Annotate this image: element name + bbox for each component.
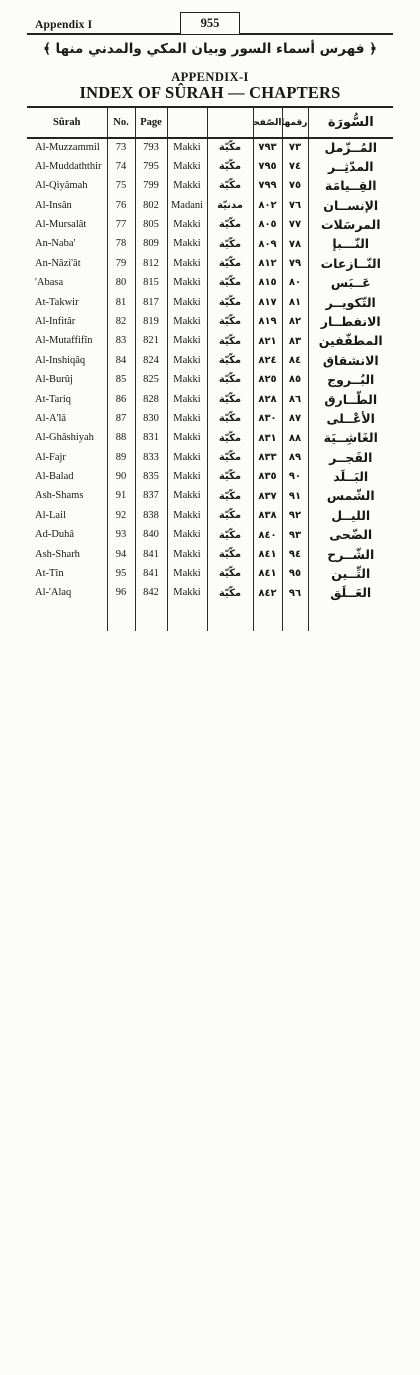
- surah-no-cell: 87: [107, 409, 135, 428]
- surah-name-ar-cell: النّـــبإ: [308, 235, 393, 254]
- surah-name-en-cell: Al-Infitâr: [27, 313, 107, 332]
- surah-name-en-cell: Al-Burûj: [27, 371, 107, 390]
- surah-no-ar-cell: ٩١: [282, 487, 308, 506]
- revelation-type-ar-cell: مكّيّة: [207, 138, 253, 157]
- surah-no-cell: 96: [107, 584, 135, 603]
- surah-name-ar-cell: الشّــرح: [308, 545, 393, 564]
- table-row: Al-Fajr 89 833 Makki مكّيّة ٨٣٣ ٨٩ الفَج…: [27, 448, 393, 467]
- table-row: An-Naba' 78 809 Makki مكّيّة ٨٠٩ ٧٨ النّ…: [27, 235, 393, 254]
- page-no-ar-cell: ٨٣٧: [253, 487, 282, 506]
- surah-no-ar-cell: ٧٨: [282, 235, 308, 254]
- surah-index-table: Sûrah No. Page الصّفحة رقمها السُّورَة A…: [27, 106, 393, 631]
- surah-no-ar-cell: ٩٤: [282, 545, 308, 564]
- table-row: Al-Inshiqâq 84 824 Makki مكّيّة ٨٢٤ ٨٤ ا…: [27, 351, 393, 370]
- surah-name-en-cell: Ash-Sharh: [27, 545, 107, 564]
- revelation-type-ar-cell: مكّيّة: [207, 274, 253, 293]
- surah-no-cell: 89: [107, 448, 135, 467]
- page-no-cell: 824: [135, 351, 167, 370]
- surah-name-ar-cell: العَــلَق: [308, 584, 393, 603]
- revelation-type-en-cell: Makki: [167, 293, 207, 312]
- surah-no-cell: 94: [107, 545, 135, 564]
- page-no-ar-cell: ٨١٥: [253, 274, 282, 293]
- page-no-cell: 825: [135, 371, 167, 390]
- table-row: Al-Balad 90 835 Makki مكّيّة ٨٣٥ ٩٠ البَ…: [27, 468, 393, 487]
- table-row: Al-Lail 92 838 Makki مكّيّة ٨٣٨ ٩٢ الليـ…: [27, 506, 393, 525]
- surah-no-cell: 91: [107, 487, 135, 506]
- table-row: 'Abasa 80 815 Makki مكّيّة ٨١٥ ٨٠ عَــبَ…: [27, 274, 393, 293]
- table-row: Al-Mutaffifîn 83 821 Makki مكّيّة ٨٢١ ٨٣…: [27, 332, 393, 351]
- surah-no-cell: 86: [107, 390, 135, 409]
- surah-name-en-cell: At-Tîn: [27, 565, 107, 584]
- surah-name-ar-cell: الطّــارق: [308, 390, 393, 409]
- surah-name-ar-cell: المرسَلات: [308, 216, 393, 235]
- page-no-cell: 830: [135, 409, 167, 428]
- surah-no-cell: 95: [107, 565, 135, 584]
- revelation-type-ar-cell: مكّيّة: [207, 565, 253, 584]
- surah-no-cell: 90: [107, 468, 135, 487]
- table-row: An-Nâzi'ât 79 812 Makki مكّيّة ٨١٢ ٧٩ ال…: [27, 254, 393, 273]
- page-no-ar-cell: ٨٣٨: [253, 506, 282, 525]
- surah-no-ar-cell: ٨٨: [282, 429, 308, 448]
- page-no-ar-cell: ٨٠٢: [253, 196, 282, 215]
- page-no-ar-cell: ٨١٩: [253, 313, 282, 332]
- surah-name-ar-cell: النّــازعات: [308, 254, 393, 273]
- surah-no-ar-cell: ٨٥: [282, 371, 308, 390]
- surah-name-ar-cell: الليــل: [308, 506, 393, 525]
- page-number: 955: [201, 16, 220, 31]
- surah-name-en-cell: Al-A'lâ: [27, 409, 107, 428]
- table-row: Ash-Shams 91 837 Makki مكّيّة ٨٣٧ ٩١ الش…: [27, 487, 393, 506]
- surah-no-ar-cell: ٨٦: [282, 390, 308, 409]
- revelation-type-ar-cell: مكّيّة: [207, 468, 253, 487]
- surah-no-ar-cell: ٩٣: [282, 526, 308, 545]
- revelation-type-ar-cell: مكّيّة: [207, 313, 253, 332]
- page-no-cell: 840: [135, 526, 167, 545]
- revelation-type-en-cell: Makki: [167, 254, 207, 273]
- revelation-type-ar-cell: مكّيّة: [207, 254, 253, 273]
- column-header-no: No.: [107, 107, 135, 138]
- running-head-rule: Appendix I 955: [27, 0, 393, 35]
- surah-no-ar-cell: ٨٢: [282, 313, 308, 332]
- revelation-type-en-cell: Makki: [167, 448, 207, 467]
- revelation-type-ar-cell: مكّيّة: [207, 390, 253, 409]
- revelation-type-en-cell: Makki: [167, 468, 207, 487]
- surah-no-ar-cell: ٨٤: [282, 351, 308, 370]
- revelation-type-en-cell: Makki: [167, 216, 207, 235]
- column-header-no-ar: رقمها: [282, 107, 308, 138]
- surah-name-en-cell: Ash-Shams: [27, 487, 107, 506]
- page-no-cell: 799: [135, 177, 167, 196]
- page-no-cell: 838: [135, 506, 167, 525]
- revelation-type-en-cell: Makki: [167, 274, 207, 293]
- table-header: Sûrah No. Page الصّفحة رقمها السُّورَة: [27, 107, 393, 138]
- column-header-surah: Sûrah: [27, 107, 107, 138]
- surah-no-ar-cell: ٧٤: [282, 157, 308, 176]
- revelation-type-ar-cell: مكّيّة: [207, 506, 253, 525]
- surah-name-ar-cell: عَــبَس: [308, 274, 393, 293]
- surah-name-en-cell: An-Nâzi'ât: [27, 254, 107, 273]
- page-no-ar-cell: ٨٣٣: [253, 448, 282, 467]
- page-no-cell: 842: [135, 584, 167, 603]
- running-header: Appendix I: [35, 19, 92, 31]
- revelation-type-ar-cell: مكّيّة: [207, 177, 253, 196]
- page-no-ar-cell: ٨٢٤: [253, 351, 282, 370]
- surah-no-cell: 80: [107, 274, 135, 293]
- revelation-type-en-cell: Makki: [167, 177, 207, 196]
- revelation-type-en-cell: Makki: [167, 138, 207, 157]
- revelation-type-en-cell: Makki: [167, 371, 207, 390]
- table-row: At-Tîn 95 841 Makki مكّيّة ٨٤١ ٩٥ التِّـ…: [27, 565, 393, 584]
- revelation-type-ar-cell: مكّيّة: [207, 429, 253, 448]
- surah-no-ar-cell: ٨٠: [282, 274, 308, 293]
- page-no-cell: 815: [135, 274, 167, 293]
- revelation-type-ar-cell: مكّيّة: [207, 526, 253, 545]
- revelation-type-ar-cell: مكّيّة: [207, 157, 253, 176]
- surah-name-en-cell: Al-Fajr: [27, 448, 107, 467]
- revelation-type-ar-cell: مكّيّة: [207, 487, 253, 506]
- surah-no-ar-cell: ٧٣: [282, 138, 308, 157]
- surah-name-en-cell: Al-Muzzammil: [27, 138, 107, 157]
- surah-table-body: Al-Muzzammil 73 793 Makki مكّيّة ٧٩٣ ٧٣ …: [27, 138, 393, 603]
- surah-no-cell: 77: [107, 216, 135, 235]
- surah-no-cell: 75: [107, 177, 135, 196]
- surah-name-en-cell: At-Tariq: [27, 390, 107, 409]
- table-row: At-Tariq 86 828 Makki مكّيّة ٨٢٨ ٨٦ الطّ…: [27, 390, 393, 409]
- table-row: Ash-Sharh 94 841 Makki مكّيّة ٨٤١ ٩٤ الش…: [27, 545, 393, 564]
- revelation-type-ar-cell: مكّيّة: [207, 216, 253, 235]
- column-header-type-en: [167, 107, 207, 138]
- table-row: Al-Qiyâmah 75 799 Makki مكّيّة ٧٩٩ ٧٥ ال…: [27, 177, 393, 196]
- surah-no-cell: 93: [107, 526, 135, 545]
- surah-name-ar-cell: التّكويــر: [308, 293, 393, 312]
- page-no-cell: 819: [135, 313, 167, 332]
- table-row: Al-Ghâshiyah 88 831 Makki مكّيّة ٨٣١ ٨٨ …: [27, 429, 393, 448]
- table-row: Al-A'lâ 87 830 Makki مكّيّة ٨٣٠ ٨٧ الأعْ…: [27, 409, 393, 428]
- revelation-type-en-cell: Makki: [167, 526, 207, 545]
- calligraphy-line: ﴿ فهرس أسماء السور وبيان المكي والمدني م…: [0, 41, 420, 57]
- surah-name-ar-cell: الفَجــر: [308, 448, 393, 467]
- revelation-type-en-cell: Makki: [167, 409, 207, 428]
- surah-name-en-cell: Al-'Alaq: [27, 584, 107, 603]
- page-no-ar-cell: ٨٤٠: [253, 526, 282, 545]
- page-no-ar-cell: ٨٢١: [253, 332, 282, 351]
- page-no-ar-cell: ٨٢٨: [253, 390, 282, 409]
- surah-no-cell: 92: [107, 506, 135, 525]
- scanned-book-page: Appendix I 955 ﴿ فهرس أسماء السور وبيان …: [0, 0, 420, 1375]
- revelation-type-en-cell: Makki: [167, 584, 207, 603]
- revelation-type-ar-cell: مكّيّة: [207, 351, 253, 370]
- revelation-type-ar-cell: مكّيّة: [207, 371, 253, 390]
- revelation-type-ar-cell: مكّيّة: [207, 584, 253, 603]
- revelation-type-ar-cell: مكّيّة: [207, 293, 253, 312]
- surah-no-ar-cell: ٩٠: [282, 468, 308, 487]
- page-no-ar-cell: ٨٤١: [253, 565, 282, 584]
- surah-no-cell: 79: [107, 254, 135, 273]
- page-no-ar-cell: ٧٩٩: [253, 177, 282, 196]
- revelation-type-en-cell: Makki: [167, 506, 207, 525]
- table-rule-extension: [27, 603, 393, 631]
- surah-name-ar-cell: الانفطــار: [308, 313, 393, 332]
- table-row: Al-Burûj 85 825 Makki مكّيّة ٨٢٥ ٨٥ البُ…: [27, 371, 393, 390]
- surah-no-cell: 74: [107, 157, 135, 176]
- surah-no-ar-cell: ٨٩: [282, 448, 308, 467]
- surah-name-en-cell: Ad-Duhâ: [27, 526, 107, 545]
- surah-name-en-cell: Al-Muddaththir: [27, 157, 107, 176]
- page-no-cell: 802: [135, 196, 167, 215]
- table-row: Ad-Duhâ 93 840 Makki مكّيّة ٨٤٠ ٩٣ الضّح…: [27, 526, 393, 545]
- surah-name-ar-cell: الشّمس: [308, 487, 393, 506]
- surah-name-en-cell: Al-Mutaffifîn: [27, 332, 107, 351]
- page-no-ar-cell: ٨١٢: [253, 254, 282, 273]
- surah-no-ar-cell: ٧٩: [282, 254, 308, 273]
- surah-name-ar-cell: المُــزّمل: [308, 138, 393, 157]
- surah-no-ar-cell: ٧٥: [282, 177, 308, 196]
- surah-no-cell: 81: [107, 293, 135, 312]
- page-no-cell: 809: [135, 235, 167, 254]
- surah-name-en-cell: Al-Qiyâmah: [27, 177, 107, 196]
- surah-no-cell: 85: [107, 371, 135, 390]
- column-header-type-ar: [207, 107, 253, 138]
- surah-no-ar-cell: ٩٥: [282, 565, 308, 584]
- page-no-cell: 841: [135, 545, 167, 564]
- revelation-type-en-cell: Makki: [167, 235, 207, 254]
- page-number-box: 955: [180, 12, 240, 35]
- surah-no-ar-cell: ٧٦: [282, 196, 308, 215]
- surah-no-ar-cell: ٨١: [282, 293, 308, 312]
- page-no-ar-cell: ٧٩٥: [253, 157, 282, 176]
- surah-no-cell: 73: [107, 138, 135, 157]
- surah-name-ar-cell: القِــيامَة: [308, 177, 393, 196]
- surah-no-cell: 78: [107, 235, 135, 254]
- surah-no-cell: 76: [107, 196, 135, 215]
- page-no-ar-cell: ٨٣٥: [253, 468, 282, 487]
- table-row: Al-Mursalât 77 805 Makki مكّيّة ٨٠٥ ٧٧ ا…: [27, 216, 393, 235]
- page-no-cell: 795: [135, 157, 167, 176]
- revelation-type-ar-cell: مدنيّة: [207, 196, 253, 215]
- table-row: Al-Infitâr 82 819 Makki مكّيّة ٨١٩ ٨٢ ال…: [27, 313, 393, 332]
- table-row: Al-Insân 76 802 Madani مدنيّة ٨٠٢ ٧٦ الإ…: [27, 196, 393, 215]
- column-header-page: Page: [135, 107, 167, 138]
- revelation-type-en-cell: Makki: [167, 332, 207, 351]
- revelation-type-en-cell: Makki: [167, 487, 207, 506]
- page-no-cell: 841: [135, 565, 167, 584]
- page-no-cell: 817: [135, 293, 167, 312]
- revelation-type-ar-cell: مكّيّة: [207, 332, 253, 351]
- revelation-type-en-cell: Makki: [167, 313, 207, 332]
- table-row: Al-Muzzammil 73 793 Makki مكّيّة ٧٩٣ ٧٣ …: [27, 138, 393, 157]
- surah-name-ar-cell: التِّــين: [308, 565, 393, 584]
- page-no-ar-cell: ٨٤٢: [253, 584, 282, 603]
- page-no-cell: 805: [135, 216, 167, 235]
- table-row: At-Takwir 81 817 Makki مكّيّة ٨١٧ ٨١ الت…: [27, 293, 393, 312]
- surah-name-en-cell: 'Abasa: [27, 274, 107, 293]
- surah-name-en-cell: Al-Lail: [27, 506, 107, 525]
- column-header-page-ar: الصّفحة: [253, 107, 282, 138]
- revelation-type-en-cell: Makki: [167, 565, 207, 584]
- surah-no-cell: 84: [107, 351, 135, 370]
- surah-name-en-cell: An-Naba': [27, 235, 107, 254]
- page-no-cell: 833: [135, 448, 167, 467]
- revelation-type-ar-cell: مكّيّة: [207, 409, 253, 428]
- surah-name-en-cell: At-Takwir: [27, 293, 107, 312]
- surah-no-cell: 88: [107, 429, 135, 448]
- surah-name-ar-cell: الضّحى: [308, 526, 393, 545]
- table-row: Al-Muddaththir 74 795 Makki مكّيّة ٧٩٥ ٧…: [27, 157, 393, 176]
- revelation-type-en-cell: Makki: [167, 545, 207, 564]
- surah-name-en-cell: Al-Ghâshiyah: [27, 429, 107, 448]
- page-no-ar-cell: ٨٠٩: [253, 235, 282, 254]
- surah-no-cell: 82: [107, 313, 135, 332]
- surah-no-ar-cell: ٩٢: [282, 506, 308, 525]
- surah-no-ar-cell: ٨٧: [282, 409, 308, 428]
- surah-no-ar-cell: ٩٦: [282, 584, 308, 603]
- surah-name-en-cell: Al-Mursalât: [27, 216, 107, 235]
- revelation-type-ar-cell: مكّيّة: [207, 235, 253, 254]
- surah-name-en-cell: Al-Insân: [27, 196, 107, 215]
- revelation-type-en-cell: Makki: [167, 390, 207, 409]
- surah-name-ar-cell: المدّثِــر: [308, 157, 393, 176]
- surah-name-en-cell: Al-Inshiqâq: [27, 351, 107, 370]
- revelation-type-en-cell: Makki: [167, 429, 207, 448]
- surah-name-en-cell: Al-Balad: [27, 468, 107, 487]
- revelation-type-ar-cell: مكّيّة: [207, 545, 253, 564]
- page-title: INDEX OF SÛRAH — CHAPTERS: [0, 83, 420, 103]
- surah-no-cell: 83: [107, 332, 135, 351]
- page-no-ar-cell: ٨٤١: [253, 545, 282, 564]
- page-no-cell: 821: [135, 332, 167, 351]
- surah-name-ar-cell: الأعْــلى: [308, 409, 393, 428]
- page-no-ar-cell: ٨٢٥: [253, 371, 282, 390]
- surah-name-ar-cell: المطفّفين: [308, 332, 393, 351]
- page-no-cell: 837: [135, 487, 167, 506]
- page-no-cell: 831: [135, 429, 167, 448]
- page-no-ar-cell: ٧٩٣: [253, 138, 282, 157]
- column-header-surah-ar: السُّورَة: [308, 107, 393, 138]
- surah-name-ar-cell: البُــروج: [308, 371, 393, 390]
- surah-name-ar-cell: الإنســان: [308, 196, 393, 215]
- table-row: Al-'Alaq 96 842 Makki مكّيّة ٨٤٢ ٩٦ العَ…: [27, 584, 393, 603]
- page-no-ar-cell: ٨٠٥: [253, 216, 282, 235]
- surah-name-ar-cell: الانشقاق: [308, 351, 393, 370]
- page-no-cell: 828: [135, 390, 167, 409]
- revelation-type-en-cell: Makki: [167, 157, 207, 176]
- page-no-cell: 835: [135, 468, 167, 487]
- page-no-cell: 812: [135, 254, 167, 273]
- page-no-cell: 793: [135, 138, 167, 157]
- surah-no-ar-cell: ٧٧: [282, 216, 308, 235]
- page-no-ar-cell: ٨٣٠: [253, 409, 282, 428]
- revelation-type-ar-cell: مكّيّة: [207, 448, 253, 467]
- surah-no-ar-cell: ٨٣: [282, 332, 308, 351]
- surah-name-ar-cell: البَــلَد: [308, 468, 393, 487]
- page-no-ar-cell: ٨٣١: [253, 429, 282, 448]
- revelation-type-en-cell: Makki: [167, 351, 207, 370]
- page-no-ar-cell: ٨١٧: [253, 293, 282, 312]
- surah-name-ar-cell: الغَاشِــيَة: [308, 429, 393, 448]
- revelation-type-en-cell: Madani: [167, 196, 207, 215]
